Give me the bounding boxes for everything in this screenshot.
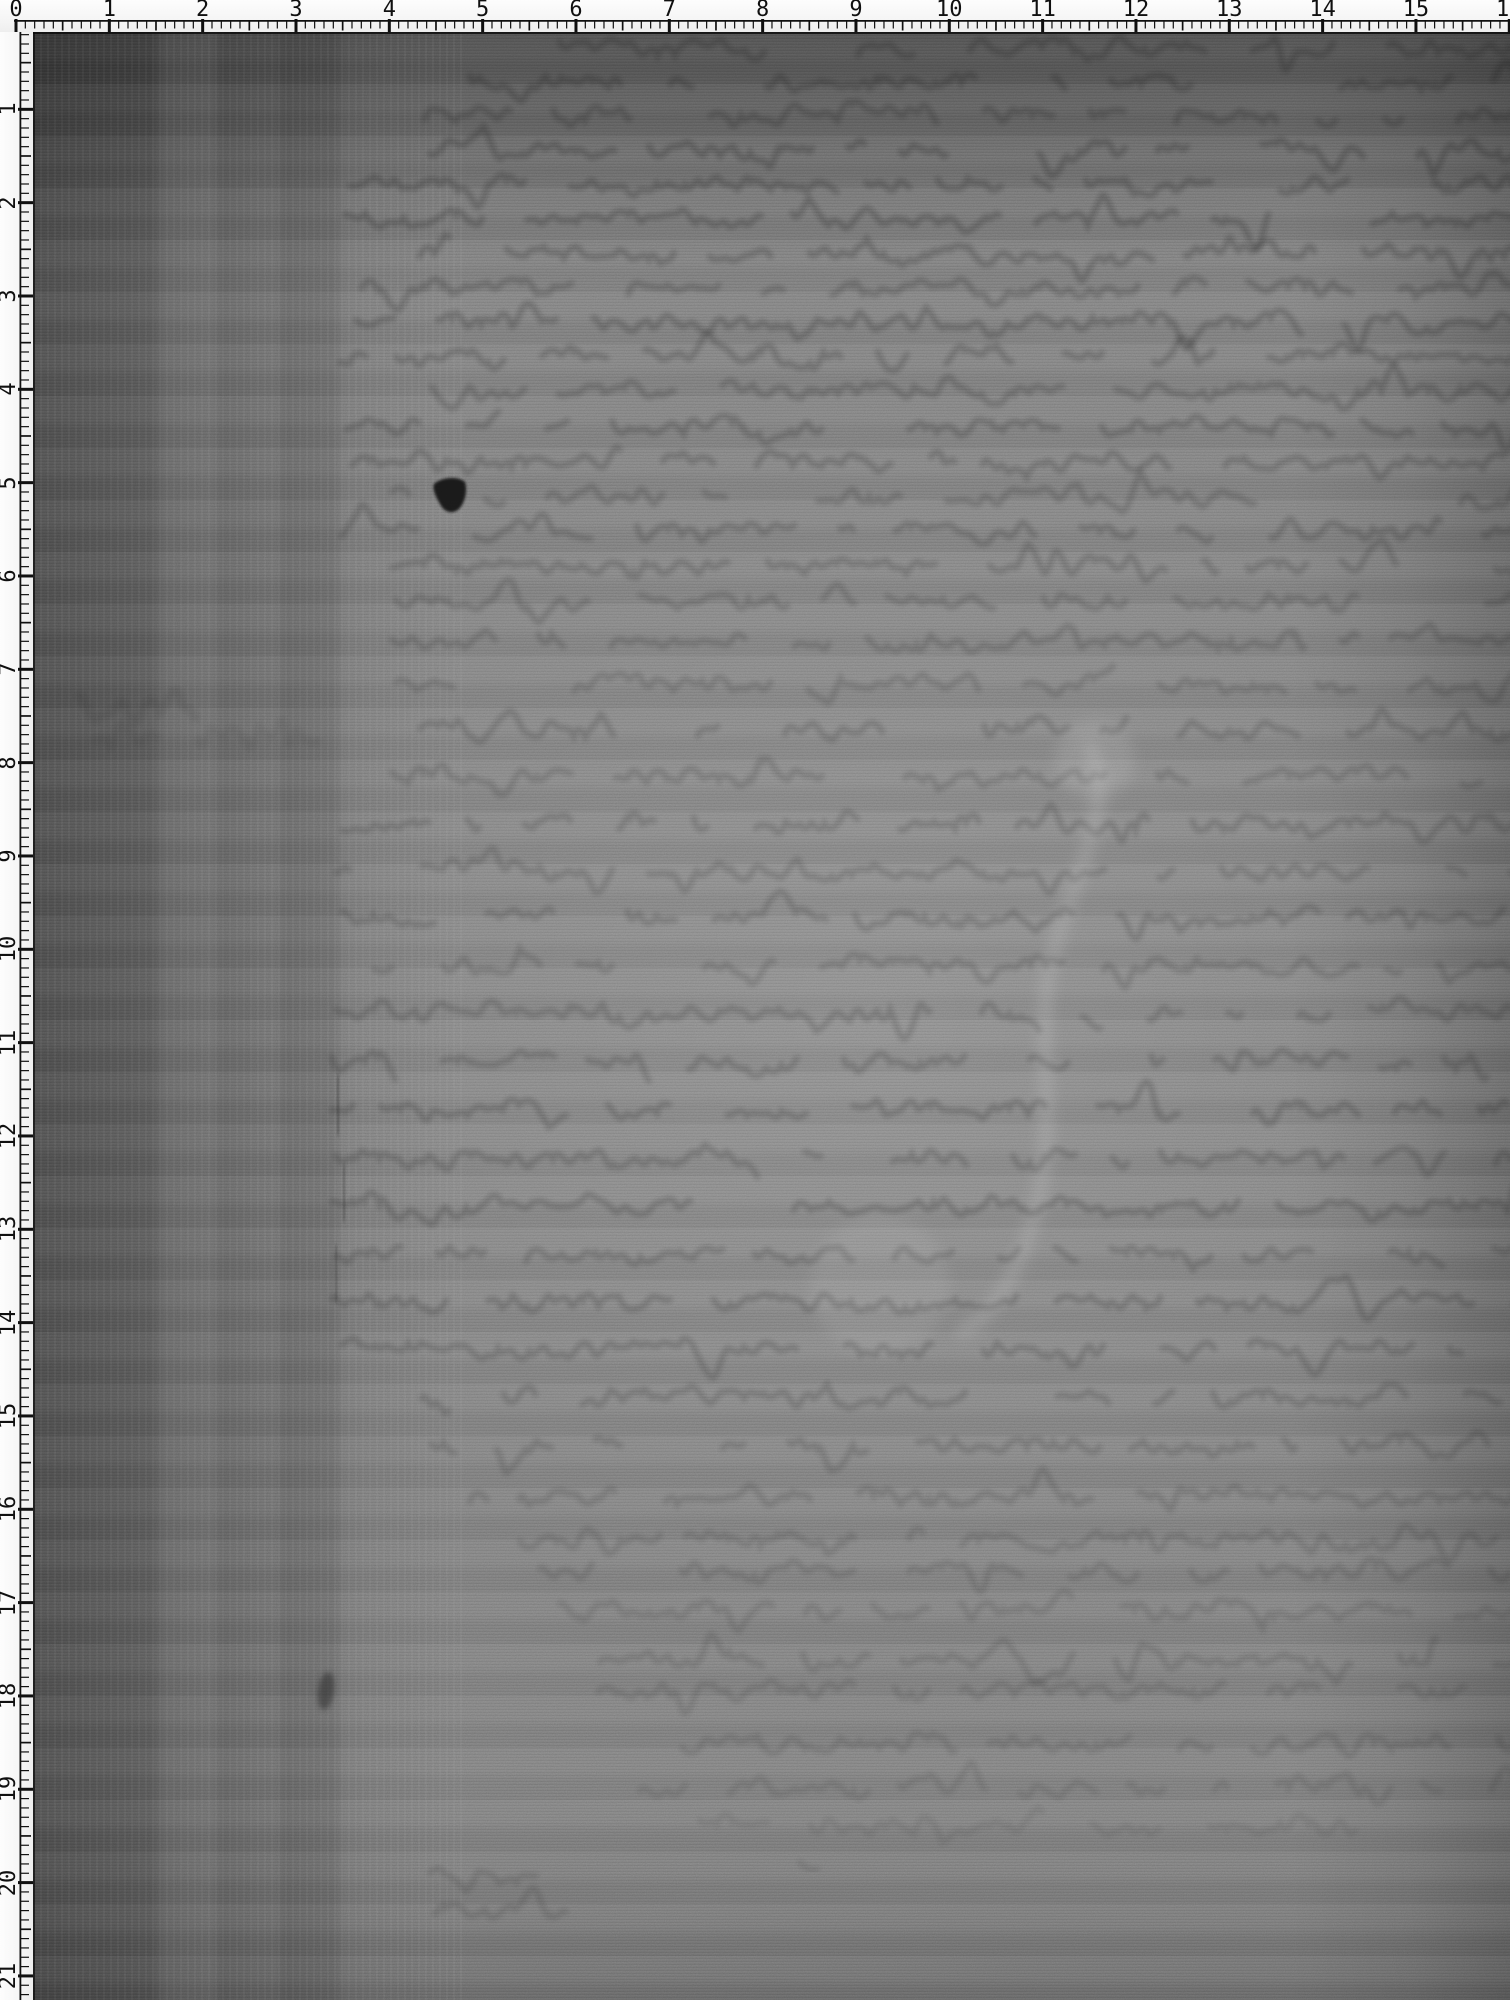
scan-edge-shadow-horizontal [33, 32, 1510, 34]
text-line [420, 709, 1510, 742]
text-line [700, 1809, 1356, 1843]
text-line [396, 666, 1510, 703]
ruler-top-label: 11 [1029, 0, 1056, 20]
ink-smudge [315, 1671, 336, 1711]
text-line [345, 195, 1510, 250]
ruler-left-label: 6 [0, 569, 18, 582]
text-line [392, 758, 1510, 795]
text-line [432, 366, 1510, 409]
ruler-top-label: 1 [103, 0, 116, 20]
ruler-left-label: 17 [0, 1589, 18, 1616]
text-line [332, 1179, 1510, 1225]
ruler-top-label: 14 [1309, 0, 1336, 20]
text-line [422, 1384, 1510, 1413]
text-line [470, 1469, 1510, 1510]
text-line [352, 447, 1510, 478]
ruler-top-label: 13 [1216, 0, 1243, 20]
text-line [800, 1859, 891, 1870]
ruler-left: 123456789101112131415161718192021 [0, 0, 33, 2000]
tall-letter-stroke [343, 1168, 345, 1218]
ruler-top-label: 12 [1123, 0, 1150, 20]
text-line [598, 1680, 1510, 1713]
ruler-left-label: 20 [0, 1869, 18, 1896]
ruler-left-label: 7 [0, 663, 18, 676]
bright-patch [810, 1215, 950, 1355]
ruler-top: 012345678910111213141516 [0, 0, 1510, 32]
ruler-left-label: 12 [0, 1123, 18, 1150]
text-line [340, 333, 1510, 370]
tall-letter-stroke [335, 1248, 337, 1300]
text-line [430, 127, 1510, 177]
text-line [347, 412, 1510, 453]
text-line [435, 1888, 566, 1917]
text-line [540, 1559, 1510, 1592]
margin-mark [80, 691, 229, 722]
text-line [392, 624, 1510, 651]
ruler-top-label: 5 [476, 0, 489, 20]
text-line [336, 848, 1510, 893]
text-line [520, 1525, 1510, 1561]
text-line [342, 505, 1510, 544]
ruler-left-label: 18 [0, 1683, 18, 1710]
ink-blob [433, 478, 466, 512]
ruler-left-label: 1 [0, 103, 18, 116]
text-line [682, 1733, 1510, 1756]
ruler-top-label: 4 [383, 0, 396, 20]
ruler-left-label: 14 [0, 1309, 18, 1336]
bright-patch [1055, 720, 1135, 800]
text-line [396, 580, 1510, 622]
ruler-top-label: 9 [849, 0, 862, 20]
text-line [332, 1082, 1510, 1128]
ruler-left-label: 2 [0, 196, 18, 209]
text-line [342, 805, 1510, 842]
text-line [470, 61, 1510, 101]
text-line [332, 1050, 1510, 1081]
text-line [420, 235, 1510, 281]
bright-streak [962, 748, 1099, 1332]
text-line [336, 1144, 1510, 1176]
text-line [342, 891, 1510, 939]
ruler-left-label: 21 [0, 1963, 18, 1990]
ruler-left-label: 9 [0, 849, 18, 862]
ruler-left-label: 10 [0, 936, 18, 963]
ruler-left-label: 4 [0, 383, 18, 396]
ruler-top-label: 2 [196, 0, 209, 20]
text-line [336, 997, 1510, 1039]
text-line [350, 175, 1510, 207]
ruler-top-label: 10 [936, 0, 963, 20]
text-line [432, 1432, 1510, 1473]
text-line [392, 472, 1510, 512]
ruler-left-label: 13 [0, 1216, 18, 1243]
scan-edge-shadow-vertical [33, 32, 35, 2000]
ruler-top-label: 6 [569, 0, 582, 20]
ruler-top-label: 0 [9, 0, 22, 20]
ruler-top-label: 8 [756, 0, 769, 20]
tall-letter-stroke [337, 1078, 339, 1132]
margin-mark [95, 721, 317, 748]
text-line [392, 539, 1510, 581]
handwriting-ink-layer [0, 0, 1510, 2000]
text-line [560, 1591, 1510, 1631]
ruler-top-label: 7 [663, 0, 676, 20]
text-line [425, 101, 1510, 126]
ruler-left-label: 15 [0, 1403, 18, 1430]
ruler-left-label: 3 [0, 289, 18, 302]
ruler-top-label: 15 [1403, 0, 1430, 20]
ruler-left-label: 8 [0, 756, 18, 769]
text-line [600, 1634, 1510, 1683]
ruler-left-label: 11 [0, 1029, 18, 1056]
manuscript-scan-viewport: 123456789101112131415161718192021 012345… [0, 0, 1510, 2000]
ruler-left-label: 16 [0, 1496, 18, 1523]
ruler-top-label: 3 [289, 0, 302, 20]
text-line [374, 949, 1510, 988]
text-line [640, 1763, 1510, 1804]
ruler-left-label: 5 [0, 476, 18, 489]
text-line [430, 1868, 536, 1891]
text-line [342, 1339, 1510, 1378]
text-line [560, 37, 1510, 70]
ruler-top-label: 16 [1496, 0, 1510, 20]
text-line [356, 304, 1510, 350]
ruler-left-label: 19 [0, 1776, 18, 1803]
